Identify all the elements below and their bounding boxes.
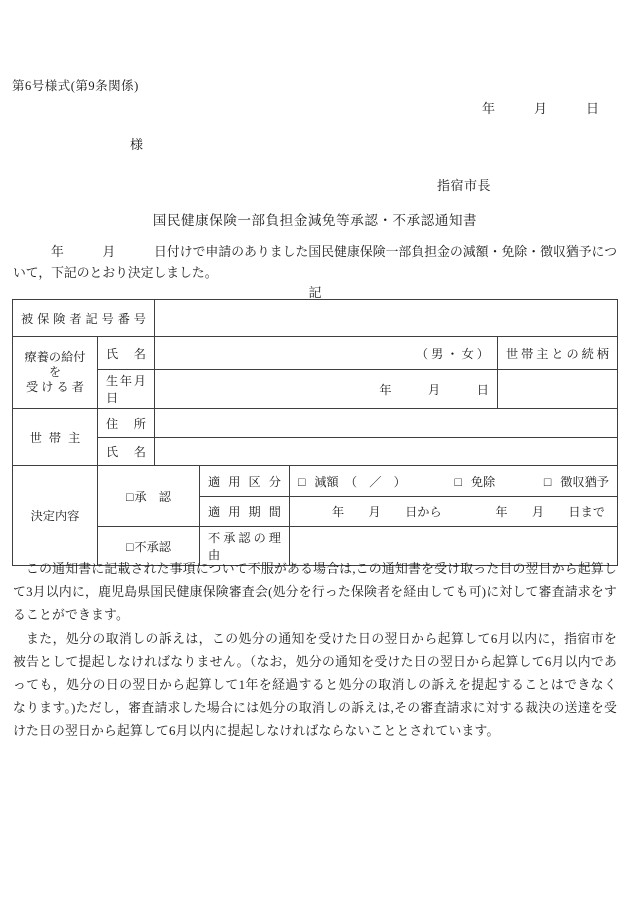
notice-table: 被保険者記号番号 療養の給付を 受 け る 者 氏名 （ 男 ・ 女 ） 世帯主… <box>12 299 618 566</box>
householder-name-label: 氏名 <box>98 438 155 466</box>
period-label: 適用期間 <box>200 497 290 527</box>
form-number: 第6号様式(第9条関係) <box>12 76 139 94</box>
dob-label: 生年月日 <box>98 370 155 409</box>
name-label: 氏名 <box>98 337 155 370</box>
issue-date-line: 年 月 日 <box>0 98 630 117</box>
appeal-notes: この通知書に記載された事項について不服がある場合は,この通知書を受け取った日の翌… <box>13 558 617 744</box>
disapproval-label: 不承認 <box>134 540 171 554</box>
householder-name-field[interactable] <box>155 438 618 466</box>
sex-note: （ 男 ・ 女 ） <box>416 347 489 361</box>
approval-checkbox[interactable]: □ <box>126 490 133 504</box>
category-label: 適用区分 <box>200 466 290 497</box>
address-label: 住所 <box>98 409 155 438</box>
decision-label: 決定内容 <box>13 466 98 566</box>
insured-number-label: 被保険者記号番号 <box>13 300 155 337</box>
insured-number-field[interactable] <box>155 300 618 337</box>
intro-paragraph: 年 月 日付けで申請のありました国民健康保険一部負担金の減額・免除・徴収猶予につ… <box>13 242 617 284</box>
relation-header: 世帯主との続柄 <box>498 337 618 370</box>
dob-field[interactable]: 年 月 日 <box>155 370 498 409</box>
reduction-checkbox[interactable]: □ <box>298 475 305 489</box>
period-field[interactable]: 年 月 日から 年 月 日まで <box>290 497 618 527</box>
exemption-checkbox[interactable]: □ <box>454 475 461 489</box>
approval-cell: □承 認 <box>98 466 200 527</box>
document-title: 国民健康保険一部負担金減免等承認・不承認通知書 <box>0 209 630 229</box>
approval-label: 承 認 <box>134 490 171 504</box>
appeal-note-paragraph-1: この通知書に記載された事項について不服がある場合は,この通知書を受け取った日の翌… <box>13 558 617 628</box>
category-option-exemption: □免除 <box>454 473 495 490</box>
disapproval-checkbox[interactable]: □ <box>126 540 133 554</box>
appeal-note-paragraph-2: また，処分の取消しの訴えは，この処分の通知を受けた日の翌日から起算して6月以内に… <box>13 628 617 744</box>
category-option-deferral: □徴収猶予 <box>544 473 609 490</box>
period-to: 年 月 日まで <box>495 503 605 520</box>
sender-title: 指宿市長 <box>437 175 491 194</box>
relation-field[interactable] <box>498 370 618 409</box>
category-options: □減額 （ ／ ） □免除 □徴収猶予 <box>290 466 618 497</box>
addressee-honorific: 様 <box>130 134 143 153</box>
deferral-checkbox[interactable]: □ <box>544 475 551 489</box>
category-option-reduction: □減額 （ ／ ） <box>298 473 406 490</box>
address-field[interactable] <box>155 409 618 438</box>
name-field[interactable]: （ 男 ・ 女 ） <box>155 337 498 370</box>
care-recipient-label: 療養の給付を 受 け る 者 <box>13 337 98 409</box>
householder-label: 世帯主 <box>13 409 98 466</box>
period-from: 年 月 日から <box>332 503 442 520</box>
notice-document: 第6号様式(第9条関係) 年 月 日 様 指宿市長 国民健康保険一部負担金減免等… <box>0 0 630 903</box>
